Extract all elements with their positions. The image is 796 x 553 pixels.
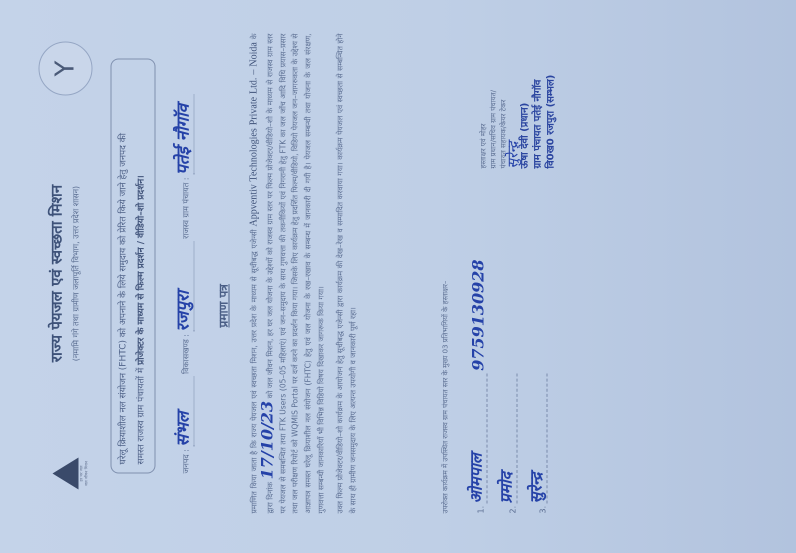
district-label: जनपद :	[181, 449, 190, 473]
witness-number: 2.	[508, 505, 517, 513]
agency-name: Appventiv Technologies Private Ltd. – No…	[248, 42, 259, 226]
stamp-label-2: ग्राम प्रधान/सचिव ग्राम पंचायत/	[488, 18, 498, 168]
district-field: संभल	[170, 376, 194, 446]
witness-signature-line: ओमपाल	[464, 373, 487, 503]
body-paragraph-1: प्रमाणित किया जाता है कि राज्य पेयजल एवं…	[248, 33, 328, 513]
witness-name: सुरेन्द्र	[526, 472, 545, 503]
stamp-line-3: वि0ख0 रजपुरा (सम्भल)	[544, 18, 557, 168]
witness-signature-line: प्रमोद	[494, 373, 517, 503]
witness-name: ओमपाल	[466, 453, 485, 503]
certificate-heading: प्रमाण पत्र	[214, 284, 231, 327]
notice-line-2-bold: प्रोजेक्टर के माध्यम से फिल्म प्रदर्शन /…	[136, 175, 146, 365]
block-value: रजपुरा	[173, 290, 193, 331]
swachh-bharat-mission-seal-icon: Y	[38, 41, 92, 95]
stamp-line-2: ग्राम पंचायत पतेई नौगॉव	[531, 18, 544, 168]
stamp-label-1: हस्ताक्षर एवं मोहर	[478, 18, 488, 168]
location-form-line: जनपद : संभल विकासखण्ड : रजपुरा राजस्व ग्…	[170, 33, 194, 473]
witness-row: 3. सुरेन्द्र	[524, 373, 547, 513]
notice-box: घरेलू क्रियाशील नल संयोजन (FHTC) को अपना…	[110, 58, 155, 473]
block-field: रजपुरा	[170, 241, 194, 331]
witness-phone: 9759130928	[468, 259, 487, 370]
certificate-body: प्रमाणित किया जाता है कि राज्य पेयजल एवं…	[248, 33, 365, 513]
gram-panchayat-value: पतेई नौगॉव	[173, 104, 193, 175]
witness-intro: उपरोक्त कार्यक्रम में उपस्थित राजस्व ग्र…	[440, 43, 450, 513]
event-date: 17/10/23	[257, 400, 276, 478]
certificate-page: हर घर जलजल जीवन मिशन राज्य पेयजल एवं स्व…	[0, 0, 796, 553]
witness-number: 3.	[538, 505, 547, 513]
notice-line-1: घरेलू क्रियाशील नल संयोजन (FHTC) को अपना…	[114, 67, 132, 464]
official-stamp-block: हस्ताक्षर एवं मोहर ग्राम प्रधान/सचिव ग्र…	[478, 18, 557, 168]
pradhan-signature: सुरेन्द्र	[508, 18, 518, 168]
witness-name: प्रमोद	[496, 472, 515, 503]
jal-jeevan-mission-logo-icon: हर घर जलजल जीवन मिशन	[52, 453, 92, 493]
witness-signature-line: सुरेन्द्र	[524, 373, 547, 503]
witness-row: 1. ओमपाल 9759130928	[464, 259, 487, 513]
block-label: विकासखण्ड :	[181, 333, 190, 373]
department-subtitle: (नमामि गंगे तथा ग्रामीण जलापूर्ति विभाग,…	[70, 93, 81, 453]
witness-number: 1.	[476, 505, 485, 513]
gram-panchayat-field: पतेई नौगॉव	[170, 94, 194, 174]
stamp-line-1: ऊषा देवी (प्रधान)	[518, 18, 531, 168]
mission-title: राज्य पेयजल एवं स्वच्छता मिशन	[46, 93, 66, 453]
body-paragraph-2: उक्त फिल्म प्रोजेक्टर/वीडियो–शो कार्यक्र…	[334, 33, 360, 513]
district-value: संभल	[173, 411, 193, 446]
notice-line-2: समस्त राजस्व ग्राम पंचायतों में प्रोजेक्…	[132, 67, 150, 464]
witness-row: 2. प्रमोद	[494, 373, 517, 513]
gram-panchayat-label: राजस्व ग्राम पंचायत :	[181, 177, 190, 238]
notice-line-2-prefix: समस्त राजस्व ग्राम पंचायतों में	[136, 364, 146, 464]
